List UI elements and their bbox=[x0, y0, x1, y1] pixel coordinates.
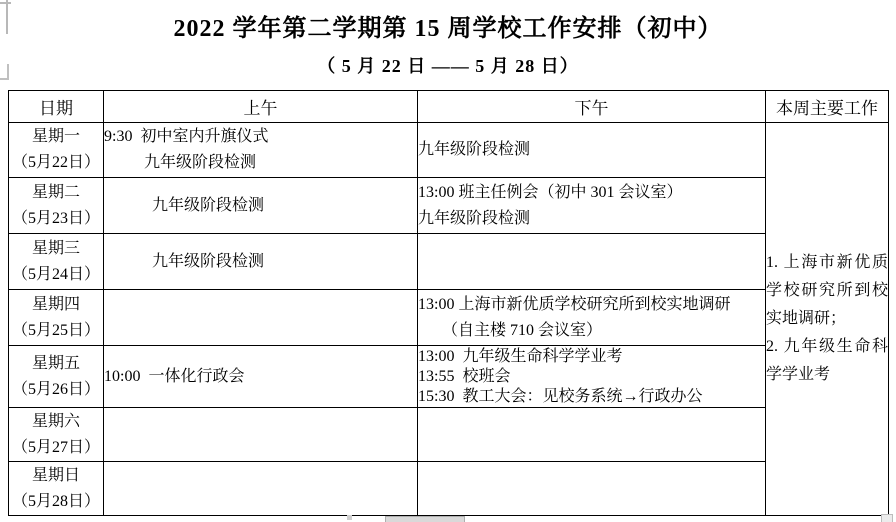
day-cell: 星期一（5月22日） bbox=[9, 123, 104, 178]
weekday-label: 星期五 bbox=[9, 351, 103, 377]
afternoon-cell bbox=[418, 408, 766, 462]
col-header-weekly-focus: 本周主要工作 bbox=[766, 91, 889, 123]
table-row: 星期日（5月28日） bbox=[9, 462, 889, 516]
date-label: （5月22日） bbox=[9, 150, 103, 176]
morning-cell bbox=[104, 408, 418, 462]
window-edge-fragment bbox=[6, 0, 8, 34]
date-label: （5月26日） bbox=[9, 377, 103, 403]
morning-cell bbox=[104, 290, 418, 346]
date-label: （5月27日） bbox=[9, 435, 103, 461]
table-row: 星期四（5月25日）13:00 上海市新优质学校研究所到校实地调研 （自主楼 7… bbox=[9, 290, 889, 346]
scrollbar-fragment[interactable] bbox=[385, 516, 465, 522]
page-subtitle: （ 5 月 22 日 —— 5 月 28 日） bbox=[0, 52, 896, 78]
day-cell: 星期六（5月27日） bbox=[9, 408, 104, 462]
day-cell: 星期五（5月26日） bbox=[9, 346, 104, 408]
paragraph-mark-fragment bbox=[347, 515, 352, 520]
weekday-label: 星期三 bbox=[9, 236, 103, 262]
table-row: 星期三（5月24日） 九年级阶段检测 bbox=[9, 234, 889, 290]
table-row: 星期一（5月22日）9:30 初中室内升旗仪式 九年级阶段检测九年级阶段检测1.… bbox=[9, 123, 889, 178]
col-header-afternoon: 下午 bbox=[418, 91, 766, 123]
afternoon-cell bbox=[418, 234, 766, 290]
col-header-date: 日期 bbox=[9, 91, 104, 123]
morning-cell bbox=[104, 462, 418, 516]
weekday-label: 星期四 bbox=[9, 292, 103, 318]
afternoon-cell: 13:00 上海市新优质学校研究所到校实地调研 （自主楼 710 会议室） bbox=[418, 290, 766, 346]
day-cell: 星期二（5月23日） bbox=[9, 178, 104, 234]
date-label: （5月23日） bbox=[9, 206, 103, 232]
weekday-label: 星期二 bbox=[9, 180, 103, 206]
day-cell: 星期日（5月28日） bbox=[9, 462, 104, 516]
morning-cell: 九年级阶段检测 bbox=[104, 234, 418, 290]
window-edge-fragment bbox=[0, 64, 9, 80]
afternoon-cell bbox=[418, 462, 766, 516]
weekday-label: 星期一 bbox=[9, 124, 103, 150]
date-label: （5月25日） bbox=[9, 318, 103, 344]
weekday-label: 星期日 bbox=[9, 463, 103, 489]
table-row: 星期二（5月23日） 九年级阶段检测13:00 班主任例会（初中 301 会议室… bbox=[9, 178, 889, 234]
afternoon-cell: 九年级阶段检测 bbox=[418, 123, 766, 178]
morning-cell: 10:00 一体化行政会 bbox=[104, 346, 418, 408]
table-header-row: 日期 上午 下午 本周主要工作 bbox=[9, 91, 889, 123]
window-edge-fragment bbox=[0, 2, 11, 4]
day-cell: 星期四（5月25日） bbox=[9, 290, 104, 346]
day-cell: 星期三（5月24日） bbox=[9, 234, 104, 290]
table-row: 星期五（5月26日）10:00 一体化行政会13:00 九年级生命科学学业考 1… bbox=[9, 346, 889, 408]
table-body: 星期一（5月22日）9:30 初中室内升旗仪式 九年级阶段检测九年级阶段检测1.… bbox=[9, 123, 889, 516]
table-handle-icon bbox=[881, 514, 893, 522]
morning-cell: 9:30 初中室内升旗仪式 九年级阶段检测 bbox=[104, 123, 418, 178]
date-label: （5月24日） bbox=[9, 262, 103, 288]
weekly-schedule-table: 日期 上午 下午 本周主要工作 星期一（5月22日）9:30 初中室内升旗仪式 … bbox=[8, 90, 889, 516]
col-header-morning: 上午 bbox=[104, 91, 418, 123]
document-page: 2022 学年第二学期第 15 周学校工作安排（初中） （ 5 月 22 日 —… bbox=[0, 0, 896, 522]
weekly-focus-cell: 1. 上海市新优质学校研究所到校实地调研； 2. 九年级生命科学学业考 bbox=[766, 123, 889, 516]
morning-cell: 九年级阶段检测 bbox=[104, 178, 418, 234]
date-label: （5月28日） bbox=[9, 489, 103, 515]
weekday-label: 星期六 bbox=[9, 409, 103, 435]
page-title: 2022 学年第二学期第 15 周学校工作安排（初中） bbox=[0, 8, 896, 43]
table-row: 星期六（5月27日） bbox=[9, 408, 889, 462]
afternoon-cell: 13:00 班主任例会（初中 301 会议室） 九年级阶段检测 bbox=[418, 178, 766, 234]
afternoon-cell: 13:00 九年级生命科学学业考 13:55 校班会 15:30 教工大会：见校… bbox=[418, 346, 766, 408]
